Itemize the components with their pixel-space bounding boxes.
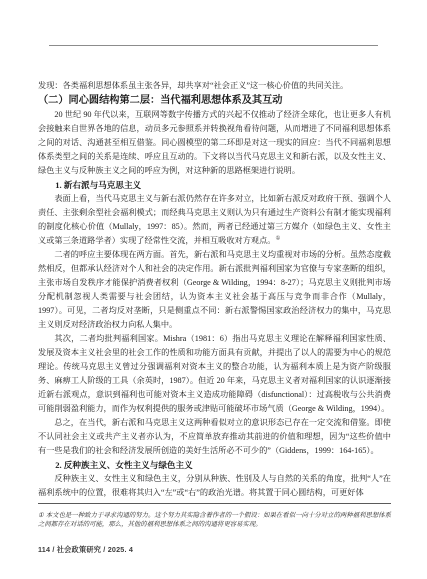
subheading-antiracism-feminism-green: 2. 反种族主义、女性主义与绿色主义 [38,458,391,472]
page-footer: 114 / 社会政策研究 / 2025. 4 [38,545,133,555]
paragraph-surface-opposition-text: 表面上看，当代马克思主义与新右派仍然存在许多对立，比如新右派反对政府干预、强调个… [38,194,391,245]
paragraph-summary: 总之，在当代，新右派和马克思主义这两种看似对立的意识形态已存在一定交流和借鉴。即… [38,416,391,458]
journal-page: 发现：各类福利思想体系虽主张各异，却共享对“社会正义”这一核心价值的共同关注。 … [0,0,427,579]
paragraph-surface-opposition: 表面上看，当代马克思主义与新右派仍然存在许多对立，比如新右派反对政府干预、强调个… [38,192,391,248]
paragraph-antiracism-feminism-green: 反种族主义、女性主义和绿色主义，分别从种族、性别及人与自然的关系的角度，批判“人… [38,472,391,500]
footnote-ref-1: ① [275,235,280,241]
footnote-marker: ① [38,512,44,519]
paragraph-market-analysis: 二者的呼应主要体现在两方面。首先，新右派和马克思主义均重视对市场的分析。虽然态度… [38,248,391,332]
subheading-new-right-marxism: 1. 新右派与马克思主义 [38,178,391,192]
continuation-line: 发现：各类福利思想体系虽主张各异，却共享对“社会正义”这一核心价值的共同关注。 [38,79,391,93]
header-rule [49,45,378,46]
footnote-area: ①本文也是一种致力于寻求沟通的努力。这个努力其实隐含着作者的一个假设：如果在看似… [38,503,391,529]
section-heading: （二）同心圆结构第二层：当代福利思想体系及其互动 [38,93,391,108]
paragraph-globalization: 20 世纪 90 年代以来，互联网等数字传播方式的兴起不仅推动了经济全球化，也让… [38,108,391,178]
article-body: 发现：各类福利思想体系虽主张各异，却共享对“社会正义”这一核心价值的共同关注。 … [38,79,391,500]
paragraph-welfare-state-critique: 其次，二者均批判福利国家。Mishra（1981：6）指出马克思主义理论在解释福… [38,332,391,416]
footnote-text: 本文也是一种致力于寻求沟通的努力。这个努力其实隐含着作者的一个假设：如果在看似一… [38,512,391,528]
